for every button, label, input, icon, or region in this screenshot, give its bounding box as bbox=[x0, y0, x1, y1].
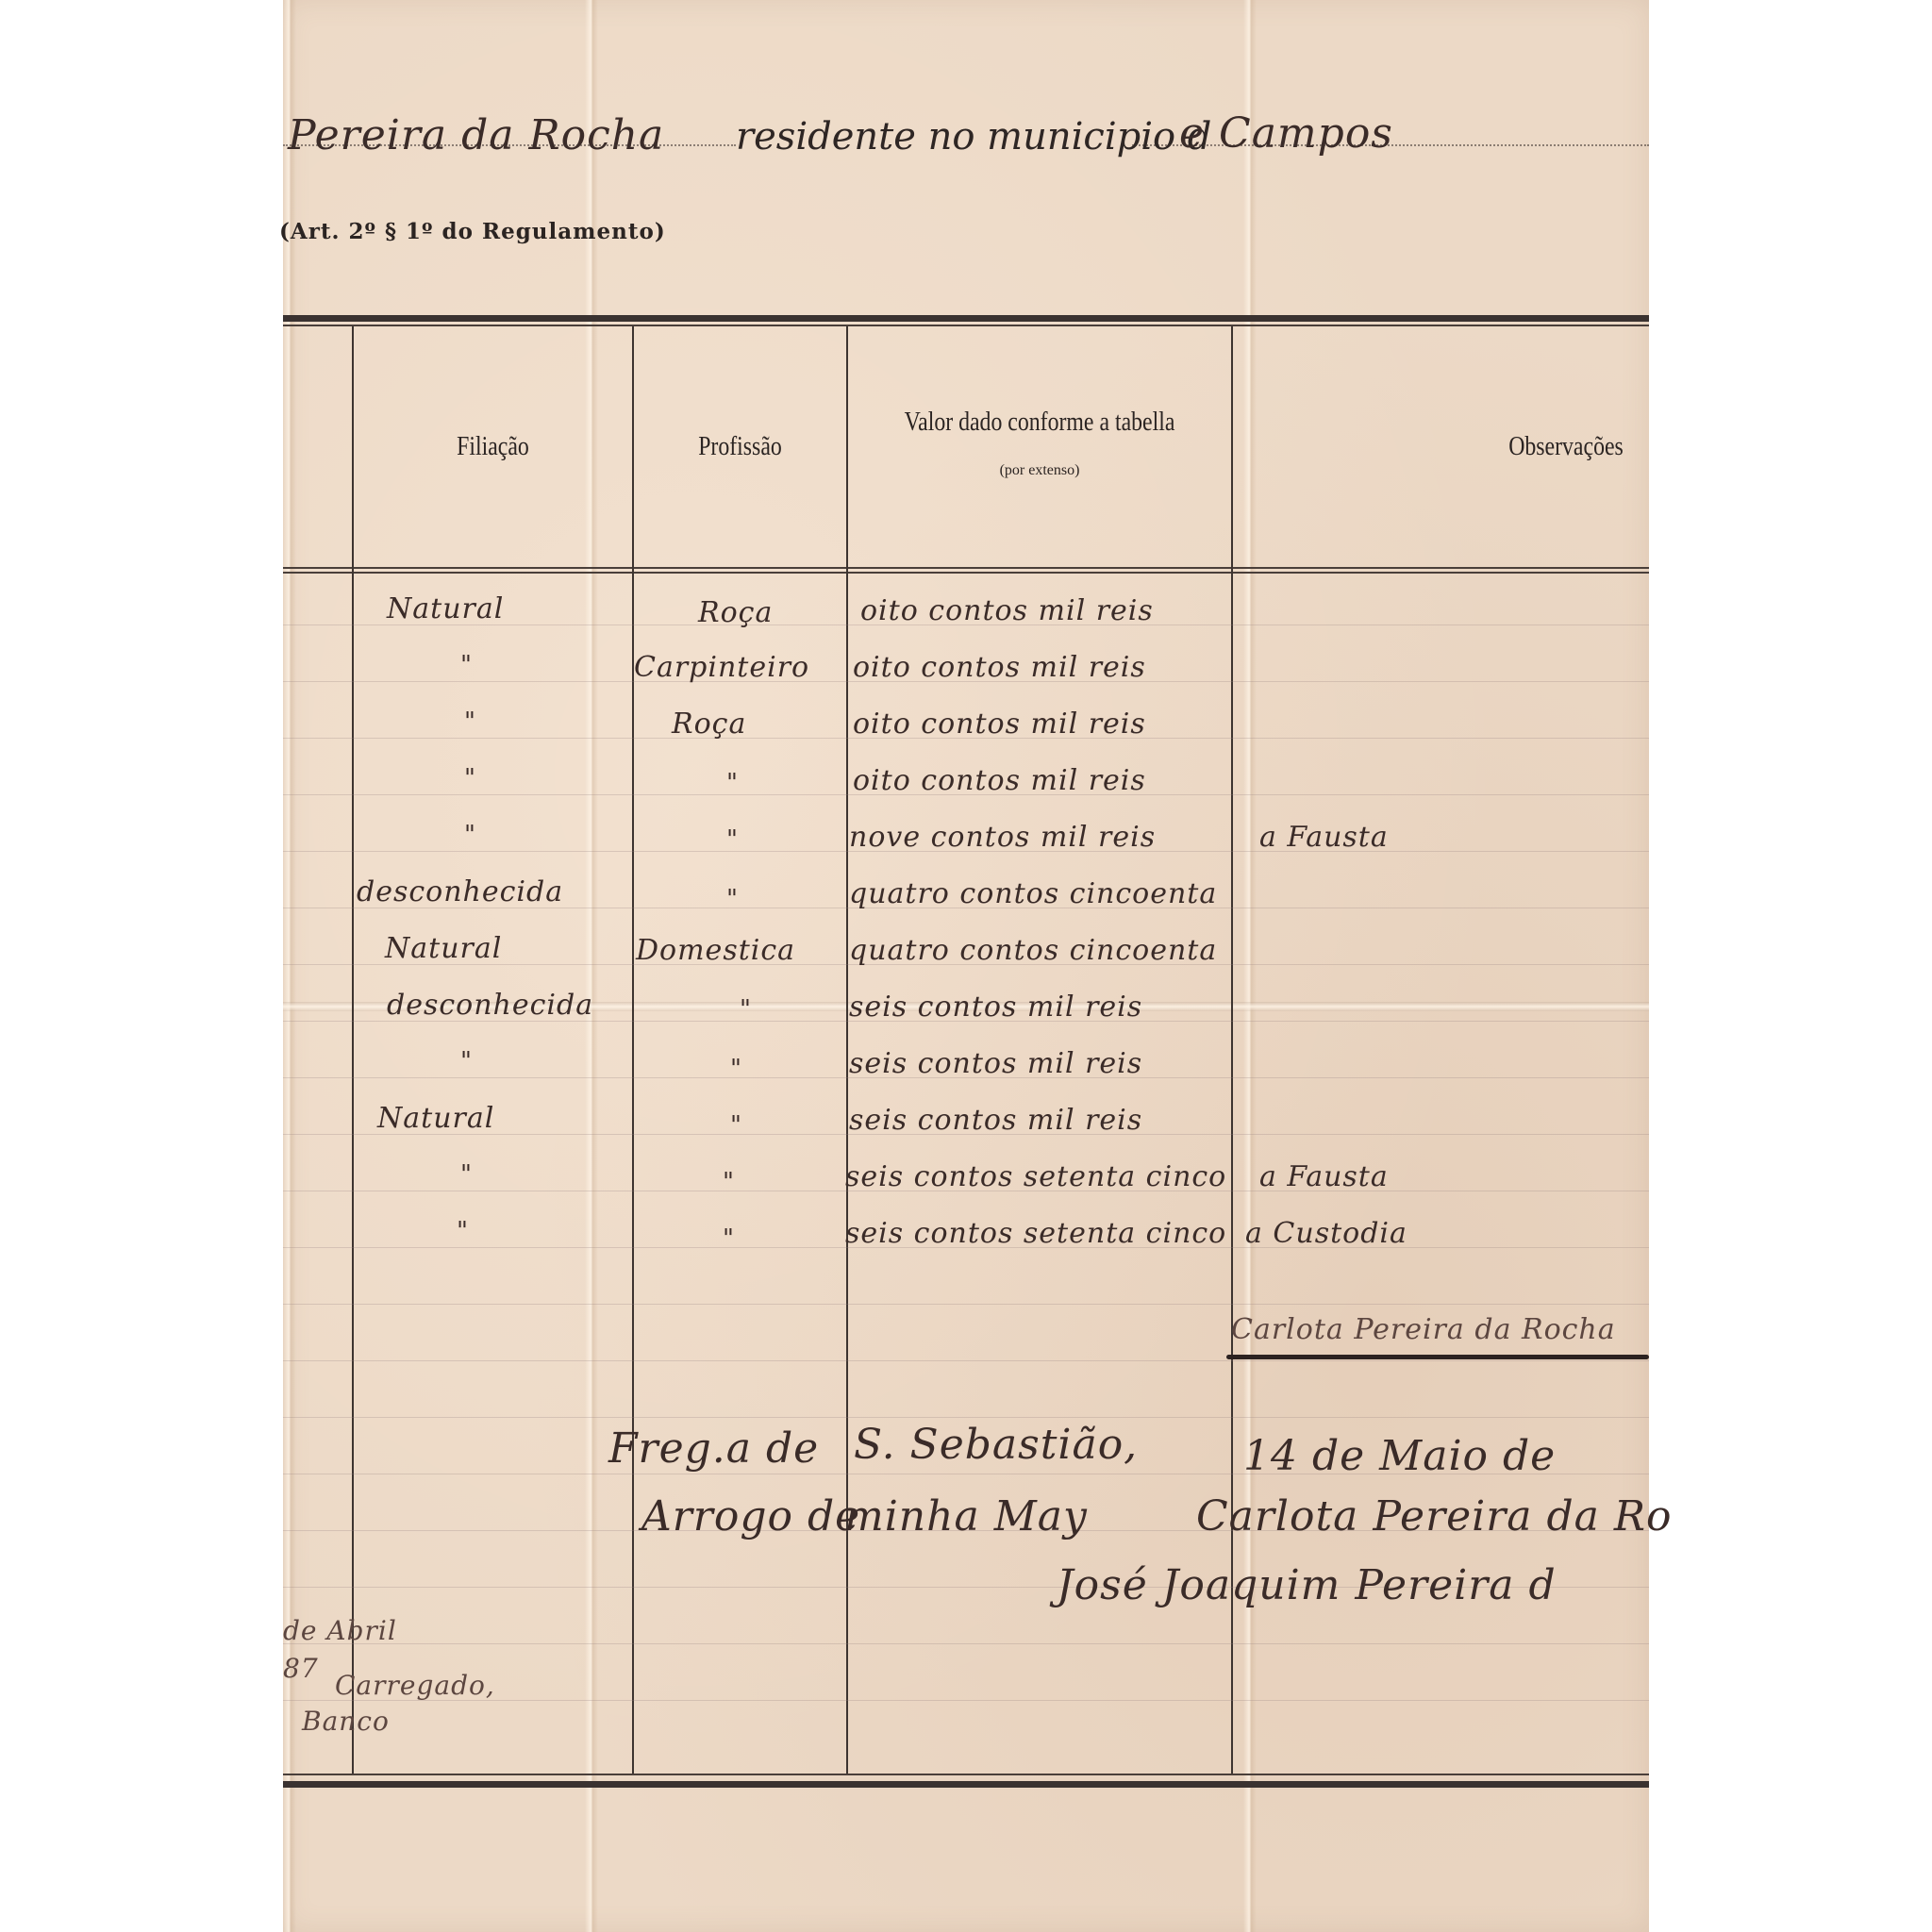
margin-note-line-2: 87 bbox=[283, 1653, 319, 1684]
row-12-profissao: " bbox=[723, 1224, 734, 1253]
row-2-valor: oito contos mil reis bbox=[853, 651, 1146, 684]
row-7-valor: quatro contos cincoenta bbox=[849, 934, 1217, 967]
row-5-valor: nove contos mil reis bbox=[849, 821, 1156, 854]
row-5-observacoes: a Fausta bbox=[1259, 821, 1389, 854]
row-12-observacoes: a Custodia bbox=[1245, 1217, 1407, 1250]
header-bottom-rule-2 bbox=[283, 572, 1649, 574]
dotted-fill-line-2 bbox=[1132, 144, 1649, 146]
row-4-valor: oito contos mil reis bbox=[853, 764, 1146, 797]
row-11-filiacao: " bbox=[460, 1160, 472, 1189]
column-divider-3 bbox=[846, 326, 848, 1774]
row-12-valor: seis contos setenta cinco bbox=[845, 1217, 1226, 1250]
closing-jose-joaquim: José Joaquim Pereira d bbox=[1057, 1561, 1557, 1609]
header-bottom-rule-1 bbox=[283, 567, 1649, 569]
row-6-filiacao: desconhecida bbox=[357, 875, 563, 908]
table-bottom-rule-thin bbox=[283, 1774, 1649, 1775]
row-7-profissao: Domestica bbox=[636, 934, 795, 967]
margin-note-line-1: de Abril bbox=[283, 1615, 397, 1646]
struck-signature: Carlota Pereira da Rocha bbox=[1231, 1313, 1616, 1346]
table-bottom-rule-heavy bbox=[283, 1781, 1649, 1788]
column-header-filiacao: Filiação bbox=[375, 432, 611, 462]
row-7-filiacao: Natural bbox=[385, 932, 502, 965]
row-8-filiacao: desconhecida bbox=[387, 989, 593, 1022]
row-12-filiacao: " bbox=[457, 1217, 468, 1245]
column-divider-4 bbox=[1231, 326, 1233, 1774]
column-header-observacoes: Observações bbox=[1486, 432, 1646, 462]
paper-fold-vertical-mid bbox=[585, 0, 598, 1932]
row-4-profissao: " bbox=[726, 769, 738, 797]
closing-sao-sebastiao: S. Sebastião, bbox=[854, 1421, 1138, 1469]
row-11-valor: seis contos setenta cinco bbox=[845, 1160, 1226, 1193]
paper-fold-vertical-right bbox=[1243, 0, 1257, 1932]
row-9-filiacao: " bbox=[460, 1047, 472, 1075]
row-3-profissao: Roça bbox=[672, 708, 746, 741]
dotted-fill-line-1 bbox=[283, 144, 736, 146]
row-1-profissao: Roça bbox=[698, 596, 773, 629]
closing-carlota-name: Carlota Pereira da Ro bbox=[1196, 1492, 1672, 1541]
strike-through-line bbox=[1226, 1355, 1649, 1359]
row-1-valor: oito contos mil reis bbox=[860, 594, 1154, 627]
column-divider-2 bbox=[632, 326, 634, 1774]
table-top-rule-heavy bbox=[283, 315, 1649, 322]
row-3-filiacao: " bbox=[464, 708, 475, 736]
row-9-valor: seis contos mil reis bbox=[849, 1047, 1142, 1080]
printed-residente-label: residente no municipio d bbox=[736, 115, 1211, 158]
row-4-filiacao: " bbox=[464, 764, 475, 792]
row-6-valor: quatro contos cincoenta bbox=[849, 877, 1217, 910]
closing-date: 14 de Maio de bbox=[1243, 1432, 1556, 1480]
margin-note-line-3: Carregado, bbox=[335, 1670, 495, 1701]
closing-freguesia: Freg.a de bbox=[608, 1424, 819, 1473]
column-header-valor: Valor dado conforme a tabella bbox=[876, 408, 1202, 438]
row-11-observacoes: a Fausta bbox=[1259, 1160, 1389, 1193]
closing-minha-may: minha May bbox=[844, 1492, 1088, 1541]
row-5-profissao: " bbox=[726, 825, 738, 854]
handwritten-municipio: e Campos bbox=[1179, 109, 1393, 158]
row-11-profissao: " bbox=[723, 1168, 734, 1196]
row-10-filiacao: Natural bbox=[377, 1102, 494, 1135]
row-8-profissao: " bbox=[740, 995, 751, 1024]
column-header-profissao: Profissão bbox=[650, 432, 830, 462]
row-6-profissao: " bbox=[726, 885, 738, 913]
row-2-filiacao: " bbox=[460, 651, 472, 679]
closing-arrogo: Arrogo de bbox=[641, 1492, 860, 1541]
table-top-rule-thin bbox=[283, 325, 1649, 326]
column-subheader-por-extenso: (por extenso) bbox=[848, 462, 1231, 479]
row-5-filiacao: " bbox=[464, 821, 475, 849]
row-8-valor: seis contos mil reis bbox=[849, 991, 1142, 1024]
row-1-filiacao: Natural bbox=[387, 592, 504, 625]
row-10-profissao: " bbox=[730, 1111, 741, 1140]
row-9-profissao: " bbox=[730, 1055, 741, 1083]
margin-note-line-4: Banco bbox=[302, 1706, 390, 1737]
row-3-valor: oito contos mil reis bbox=[853, 708, 1146, 741]
regulation-reference: (Art. 2º § 1º do Regulamento) bbox=[279, 219, 666, 244]
row-2-profissao: Carpinteiro bbox=[634, 651, 809, 684]
row-10-valor: seis contos mil reis bbox=[849, 1104, 1142, 1137]
handwritten-name-fragment: Pereira da Rocha bbox=[288, 111, 664, 159]
column-divider-1 bbox=[352, 326, 354, 1774]
